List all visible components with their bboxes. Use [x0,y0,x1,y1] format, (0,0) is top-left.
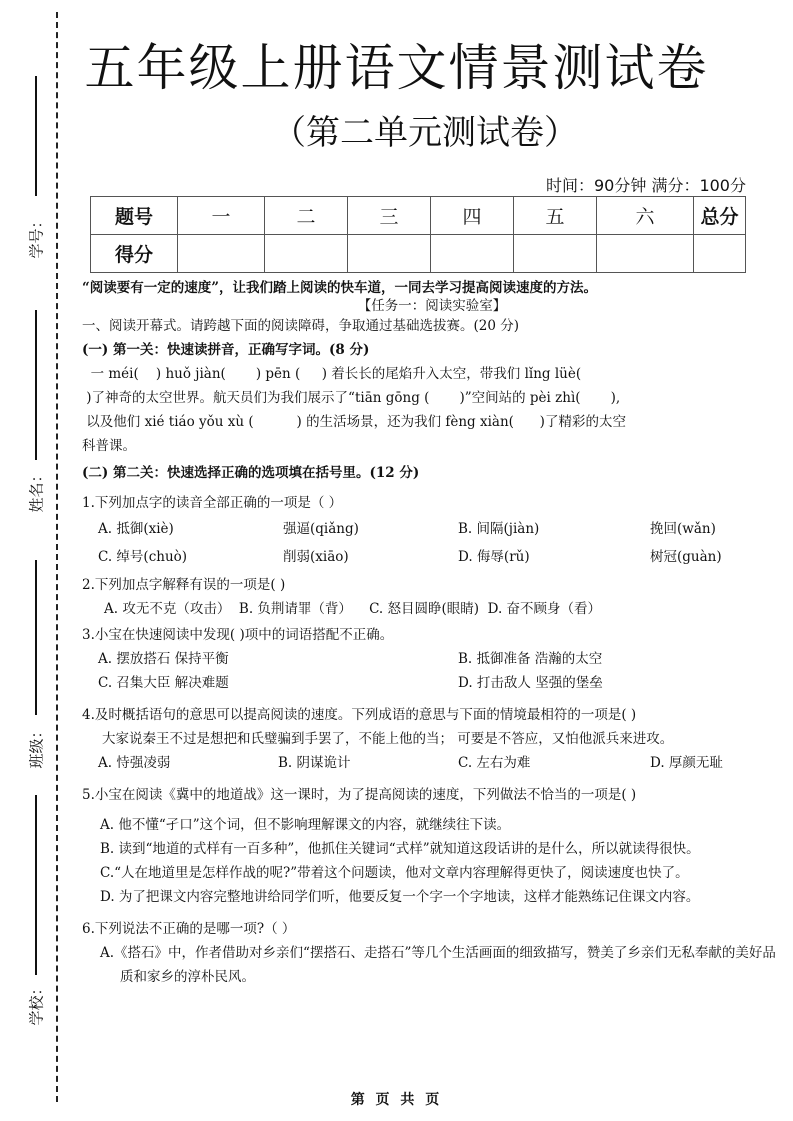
question-2-options[interactable]: A. 攻无不克（攻击） B. 负荆请罪（背） C. 怒目圆睁(眼睛) D. 奋不… [82,597,782,621]
question-6-stem: 6.下列说法不正确的是哪一项?（ ） [82,917,782,941]
option[interactable]: 强逼(qiǎng) [283,517,458,541]
score-cell[interactable] [431,235,514,273]
time-score-info: 时间：90分钟 满分：100分 [546,173,746,196]
question-1-options-row: C. 绰号(chuò) 削弱(xiāo) D. 侮辱(rǔ) 树冠(guàn) [82,545,782,569]
class-label: 班级： [26,729,47,769]
option[interactable]: C. 召集大臣 解决难题 [98,671,458,695]
option[interactable]: 树冠(guàn) [650,545,722,569]
question-5-option-b[interactable]: B. 读到“地道的式样有一百多种”，他抓住关键词“式样”就知道这段话讲的是什么，… [82,837,782,861]
score-row-label: 得分 [91,235,178,273]
question-6-option-a[interactable]: A.《搭石》中，作者借助对乡亲们“摆搭石、走搭石”等几个生活画面的细致描写，赞美… [82,941,782,989]
question-4-stem: 4.及时概括语句的意思可以提高阅读的速度。下列成语的意思与下面的情境最相符的一项… [82,703,782,727]
score-cell[interactable] [348,235,431,273]
option[interactable]: D. 侮辱(rǔ) [458,545,650,569]
score-table-header-row: 题号 一 二 三 四 五 六 总分 [91,197,746,235]
name-label: 姓名： [26,473,47,513]
part1-heading: (一) 第一关：快速读拼音，正确写字词。(8 分) [82,338,782,362]
score-cell[interactable] [597,235,694,273]
class-underline [35,560,37,715]
option[interactable]: D. 打击敌人 坚强的堡垒 [458,671,603,695]
page-subtitle: （第二单元测试卷） [0,105,793,154]
option[interactable]: A. 摆放搭石 保持平衡 [98,647,458,671]
section1-heading: 一、阅读开幕式。请跨越下面的阅读障碍，争取通过基础选拔赛。(20 分) [82,316,782,336]
score-header-cell: 三 [348,197,431,235]
score-table: 题号 一 二 三 四 五 六 总分 得分 [90,196,746,273]
question-5-option-a[interactable]: A. 他不懂“孑口”这个词，但不影响理解课文的内容，就继续往下读。 [82,813,782,837]
question-3-options-row: A. 摆放搭石 保持平衡 B. 抵御准备 浩瀚的太空 [82,647,782,671]
score-header-cell: 五 [514,197,597,235]
option[interactable]: C. 左右为难 [458,751,650,775]
question-5-option-c[interactable]: C.“人在地道里是怎样作战的呢?”带着这个问题读，他对文章内容理解得更快了，阅读… [82,861,782,885]
score-cell[interactable] [178,235,265,273]
score-cell[interactable] [514,235,597,273]
school-label: 学校： [26,986,47,1026]
option[interactable]: B. 间隔(jiàn) [458,517,650,541]
score-header-cell: 一 [178,197,265,235]
option[interactable]: C. 绰号(chuò) [98,545,283,569]
option[interactable]: D. 厚颜无耻 [650,751,723,775]
option[interactable]: 削弱(xiāo) [283,545,458,569]
pinyin-line: 科普课。 [82,434,782,458]
question-1-stem: 1.下列加点字的读音全部正确的一项是（ ） [82,491,782,515]
question-4-context: 大家说秦王不过是想把和氏璧骗到手罢了，不能上他的当； 可要是不答应，又怕他派兵来… [82,727,782,751]
score-cell[interactable] [265,235,348,273]
option[interactable]: B. 抵御准备 浩瀚的太空 [458,647,602,671]
school-underline [35,795,37,975]
score-header-cell: 六 [597,197,694,235]
student-id-label: 学号： [26,219,47,259]
pinyin-line: 一 méi( ) huǒ jiàn( ) pēn ( ) 着长长的尾焰升入太空，… [82,362,782,386]
question-2-stem: 2.下列加点字解释有误的一项是( ) [82,573,782,597]
question-3-options-row: C. 召集大臣 解决难题 D. 打击敌人 坚强的堡垒 [82,671,782,695]
score-header-cell: 题号 [91,197,178,235]
question-1-options-row: A. 抵御(xiè) 强逼(qiǎng) B. 间隔(jiàn) 挽回(wǎn) [82,517,782,541]
option[interactable]: A. 抵御(xiè) [98,517,283,541]
binding-dashed-line [56,12,58,1102]
score-table-score-row: 得分 [91,235,746,273]
pinyin-line: )了神奇的太空世界。航天员们为我们展示了“tiān gōng ( )”空间站的 … [82,386,782,410]
score-header-cell: 二 [265,197,348,235]
question-4-options-row: A. 恃强凌弱 B. 阴谋诡计 C. 左右为难 D. 厚颜无耻 [82,751,782,775]
score-header-cell: 总分 [694,197,746,235]
page-title: 五年级上册语文情景测试卷 [0,28,793,100]
score-cell[interactable] [694,235,746,273]
page-footer: 第 页 共 页 [0,1089,793,1109]
part2-heading: (二) 第二关：快速选择正确的选项填在括号里。(12 分) [82,461,782,485]
question-3-stem: 3.小宝在快速阅读中发现( )项中的词语搭配不正确。 [82,623,782,647]
name-underline [35,310,37,460]
score-header-cell: 四 [431,197,514,235]
pinyin-line: 以及他们 xié tiáo yǒu xù ( ) 的生活场景，还为我们 fèng… [82,410,782,434]
option[interactable]: A. 恃强凌弱 [98,751,278,775]
option[interactable]: 挽回(wǎn) [650,517,716,541]
exam-content: “阅读要有一定的速度”，让我们踏上阅读的快车道，一同去学习提高阅读速度的方法。 … [82,276,782,989]
question-5-stem: 5.小宝在阅读《冀中的地道战》这一课时，为了提高阅读的速度，下列做法不恰当的一项… [82,783,782,807]
option[interactable]: B. 阴谋诡计 [278,751,458,775]
question-5-option-d[interactable]: D. 为了把课文内容完整地讲给同学们听，他要反复一个字一个字地读，这样才能熟练记… [82,885,782,909]
